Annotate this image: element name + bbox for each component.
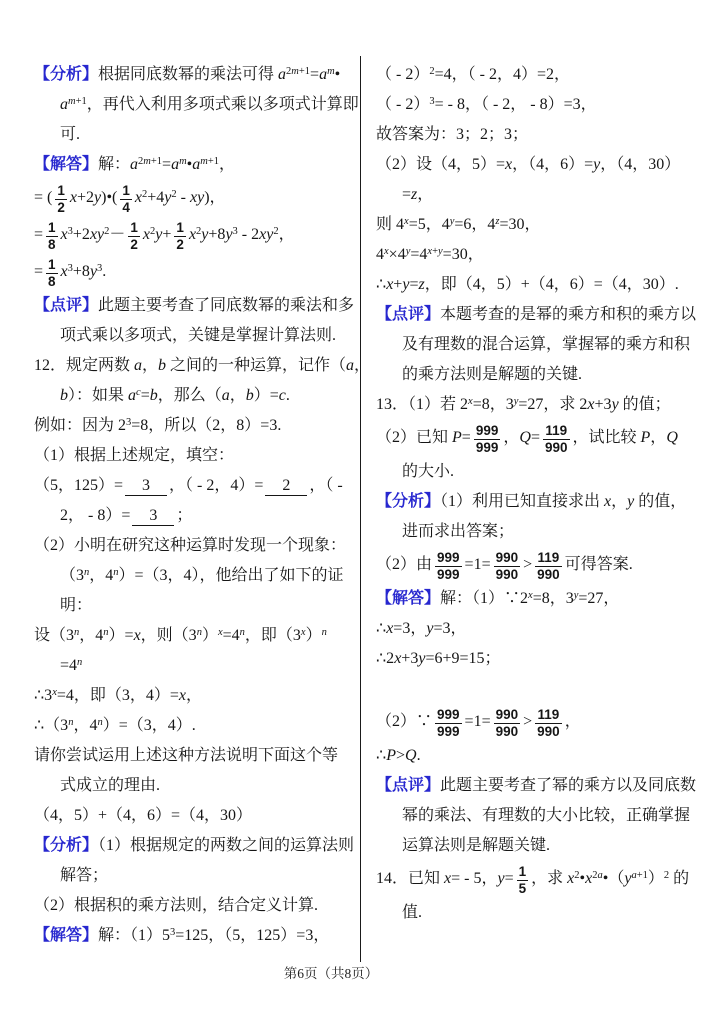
text-line: （ - 2）3= - 8，（ - 2， - 8）=3， (376, 90, 710, 120)
fraction: 15 (517, 864, 529, 896)
document-page: 【分析】根据同底数幂的乘法可得 a2m+1=am•am+1，再代入利用多项式乘以… (0, 0, 724, 1024)
section-label: 【解答】 (376, 590, 440, 607)
text-line: 14．已知 x= - 5，y=15，求 x2•x2a•（ya+1）2 的 (376, 861, 710, 898)
text-line: 13．（1）若 2x=8，3y=27，求 2x+3y 的值； (376, 390, 710, 420)
fraction: 999999 (435, 550, 462, 582)
text-line: 项式乘以多项式，关键是掌握计算法则. (60, 321, 358, 351)
text-line: （2）小明在研究这种运算时发现一个现象： (34, 531, 358, 561)
text-line: 式成立的理由. (60, 771, 358, 801)
fraction: 119990 (535, 550, 562, 582)
text-line: 例如：因为 23=8，所以（2，8）=3. (34, 411, 358, 441)
page-footer: 第6页（共8页） (0, 962, 662, 982)
text-line: 2， - 8）=3； (60, 501, 358, 531)
section-label: 【点评】 (34, 297, 98, 314)
fraction: 18 (46, 257, 58, 289)
right-column: （ - 2）2=4，（ - 2，4）=2，（ - 2）3= - 8，（ - 2，… (376, 60, 710, 928)
text-line: 【解答】解：a2m+1=am•am+1， (34, 150, 358, 180)
text-line: 进而求出答案； (402, 517, 710, 547)
text-line: 【点评】此题主要考查了同底数幂的乘法和多 (34, 291, 358, 321)
text-line: 12．规定两数 a，b 之间的一种运算，记作（a， (34, 351, 358, 381)
fraction: 119990 (535, 707, 562, 739)
text-line: b）：如果 ac=b，那么（a，b）=c. (60, 381, 358, 411)
fraction: 12 (128, 220, 140, 252)
section-label: 【解答】 (34, 156, 98, 173)
text-line: 【分析】（1）根据规定的两数之间的运算法则 (34, 831, 358, 861)
column-divider (360, 56, 361, 962)
text-line: 幂的乘法、有理数的大小比较，正确掌握 (402, 801, 710, 831)
fraction: 14 (120, 183, 132, 215)
text-line: 请你尝试运用上述这种方法说明下面这个等 (34, 741, 358, 771)
text-line: ∴（3n，4n）=（3，4）. (34, 711, 358, 741)
text-line: ∴3x=4，即（3，4）=x， (34, 681, 358, 711)
fraction: 999999 (474, 423, 501, 455)
section-label: 【点评】 (376, 306, 440, 323)
text-line: 设（3n，4n）=x，则（3n）x=4n，即（3x）n (34, 621, 358, 651)
text-line: 【点评】本题考查的是幂的乘方和积的乘方以 (376, 300, 710, 330)
text-line: 值. (402, 898, 710, 928)
text-line: （ - 2）2=4，（ - 2，4）=2， (376, 60, 710, 90)
answer-blank: 3 (132, 507, 174, 526)
blank-line (376, 674, 710, 704)
text-line: ∴2x+3y=6+9=15； (376, 644, 710, 674)
text-line: （2）已知 P=999999，Q=119990，试比较 P，Q (376, 420, 710, 457)
fraction: 12 (174, 220, 186, 252)
text-line: =z， (402, 180, 710, 210)
fraction: 990990 (494, 550, 521, 582)
section-label: 【分析】 (376, 493, 440, 510)
text-line: ∴x=3，y=3， (376, 614, 710, 644)
text-line: 故答案为：3；2；3； (376, 120, 710, 150)
text-line: = (12x+2y)•(14x2+4y2 - xy)， (34, 180, 358, 217)
text-line: （3n，4n）=（3，4），他给出了如下的证 (60, 561, 358, 591)
fraction: 119990 (543, 423, 570, 455)
section-label: 【分析】 (34, 837, 98, 854)
answer-blank: 3 (125, 477, 167, 496)
answer-blank: 2 (265, 477, 307, 496)
text-line: （2）根据积的乘方法则，结合定义计算. (34, 891, 358, 921)
text-line: =18x3+8y3. (34, 254, 358, 291)
section-label: 【分析】 (34, 66, 98, 83)
text-line: 解答； (60, 861, 358, 891)
section-label: 【点评】 (376, 777, 440, 794)
text-line: =4n (60, 651, 358, 681)
text-line: ∴P>Q. (376, 741, 710, 771)
text-line: 【解答】解：（1）53=125，（5，125）=3， (34, 921, 358, 951)
text-line: 及有理数的混合运算，掌握幂的乘方和积 (402, 330, 710, 360)
text-line: （2）设（4，5）=x，（4，6）=y，（4，30） (376, 150, 710, 180)
section-label: 【解答】 (34, 927, 98, 944)
text-line: 明： (60, 591, 358, 621)
text-line: （2）∵999999=1=990990>119990， (376, 704, 710, 741)
text-line: 【分析】（1）利用已知直接求出 x，y 的值， (376, 487, 710, 517)
text-line: 运算法则是解题关键. (402, 831, 710, 861)
text-line: 【解答】解：（1）∵2x=8，3y=27， (376, 584, 710, 614)
text-line: 可. (60, 120, 358, 150)
text-line: 则 4x=5，4y=6，4z=30， (376, 210, 710, 240)
text-line: ∴x+y=z，即（4，5）+（4，6）=（4，30）. (376, 270, 710, 300)
text-line: 4x×4y=4x+y=30， (376, 240, 710, 270)
left-column: 【分析】根据同底数幂的乘法可得 a2m+1=am•am+1，再代入利用多项式乘以… (34, 60, 358, 951)
text-line: （2）由999999=1=990990>119990可得答案. (376, 547, 710, 584)
text-line: 【点评】此题主要考查了幂的乘方以及同底数 (376, 771, 710, 801)
text-line: （4，5）+（4，6）=（4，30） (34, 801, 358, 831)
text-line: （1）根据上述规定，填空： (34, 441, 358, 471)
fraction: 990990 (494, 707, 521, 739)
text-line: =18x3+2xy2－12x2y+12x2y+8y3 - 2xy2， (34, 217, 358, 254)
fraction: 999999 (435, 707, 462, 739)
text-line: （5，125）=3，（ - 2，4）=2，（ - (34, 471, 358, 501)
page-number: 第6页（共8页） (284, 966, 379, 981)
text-line: 的大小. (402, 457, 710, 487)
fraction: 18 (46, 220, 58, 252)
text-line: 【分析】根据同底数幂的乘法可得 a2m+1=am• (34, 60, 358, 90)
text-line: 的乘方法则是解题的关键. (402, 360, 710, 390)
fraction: 12 (55, 183, 67, 215)
text-line: am+1，再代入利用多项式乘以多项式计算即 (60, 90, 358, 120)
